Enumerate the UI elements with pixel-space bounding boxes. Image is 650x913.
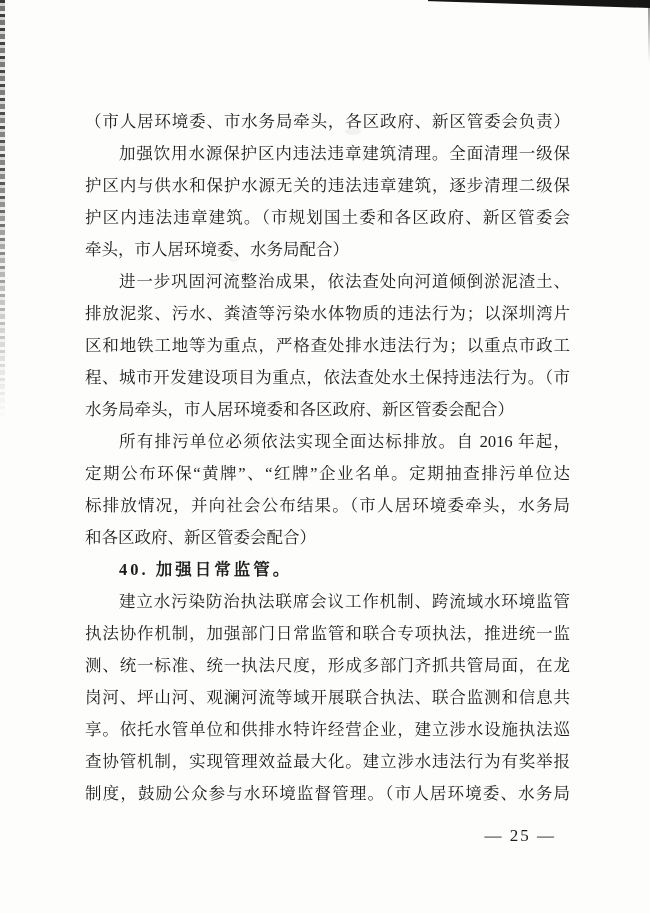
text-line: 所有排污单位必须依法实现全面达标排放。自 2016 年起， xyxy=(85,426,570,458)
text-line: 水务局牵头，市人居环境委和各区政府、新区管委会配合） xyxy=(85,394,570,426)
text-line: 岗河、坪山河、观澜河流等域开展联合执法、联合监测和信息共 xyxy=(85,682,570,714)
text-block: （市人居环境委、市水务局牵头，各区政府、新区管委会负责）加强饮用水源保护区内违法… xyxy=(85,106,570,810)
page-number: — 25 — xyxy=(485,824,557,848)
text-line: 执法协作机制，加强部门日常监管和联合专项执法，推进统一监 xyxy=(85,618,570,650)
text-line: 程、城市开发建设项目为重点，依法查处水土保持违法行为。（市 xyxy=(85,362,570,394)
text-line: 定期公布环保“黄牌”、“红牌”企业名单。定期抽查排污单位达 xyxy=(85,458,570,490)
text-line: 查协管机制，实现管理效益最大化。建立涉水违法行为有奖举报 xyxy=(85,746,570,778)
scan-edge-artifact-top-right xyxy=(428,0,650,8)
text-line: 牵头，市人居环境委、水务局配合） xyxy=(85,234,570,266)
text-line: 加强饮用水源保护区内违法违章建筑清理。全面清理一级保 xyxy=(85,138,570,170)
text-line: 和各区政府、新区管委会配合） xyxy=(85,522,570,554)
text-line: 建立水污染防治执法联席会议工作机制、跨流域水环境监管 xyxy=(85,586,570,618)
scanned-document-page: （市人居环境委、市水务局牵头，各区政府、新区管委会负责）加强饮用水源保护区内违法… xyxy=(0,0,650,913)
text-line: 40. 加强日常监管。 xyxy=(85,554,570,586)
text-line: 测、统一标准、统一执法尺度，形成多部门齐抓共管局面，在龙 xyxy=(85,650,570,682)
text-line: 护区内违法违章建筑。（市规划国土委和各区政府、新区管委会 xyxy=(85,202,570,234)
text-line: 享。依托水管单位和供排水特许经营企业，建立涉水设施执法巡 xyxy=(85,714,570,746)
text-line: 进一步巩固河流整治成果，依法查处向河道倾倒淤泥渣土、 xyxy=(85,266,570,298)
text-line: 区和地铁工地等为重点，严格查处排水违法行为；以重点市政工 xyxy=(85,330,570,362)
scan-edge-artifact-left xyxy=(0,0,5,420)
text-line: 排放泥浆、污水、粪渣等污染水体物质的违法行为；以深圳湾片 xyxy=(85,298,570,330)
text-line: 标排放情况，并向社会公布结果。（市人居环境委牵头，水务局 xyxy=(85,490,570,522)
text-line: （市人居环境委、市水务局牵头，各区政府、新区管委会负责） xyxy=(85,106,570,138)
text-line: 制度，鼓励公众参与水环境监督管理。（市人居环境委、水务局 xyxy=(85,778,570,810)
text-line: 护区内与供水和保护水源无关的违法违章建筑，逐步清理二级保 xyxy=(85,170,570,202)
